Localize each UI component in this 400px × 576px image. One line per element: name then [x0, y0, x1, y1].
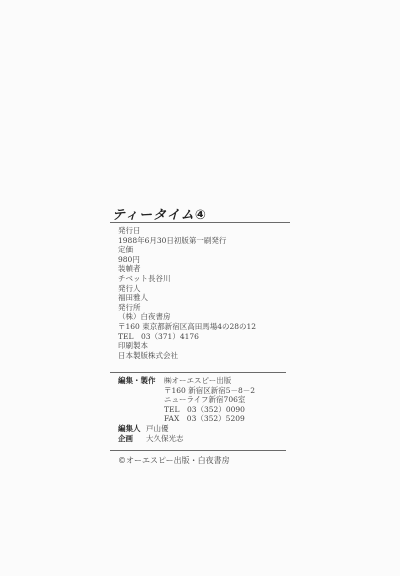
pub-line: 定価	[118, 245, 256, 255]
pub-line: 〒160 東京都新宿区高田馬場4の28の12	[118, 322, 256, 332]
planner-name: 大久保光志	[146, 434, 184, 444]
pub-line: 発行人	[118, 284, 256, 294]
pub-line: 980円	[118, 255, 256, 265]
pub-line: 装幀者	[118, 264, 256, 274]
production-line: 〒160 新宿区新宿5－8－2	[164, 386, 255, 396]
pub-line: 1988年6月30日初版第一刷発行	[118, 236, 256, 246]
production-line: ニューライフ新宿706室	[164, 395, 245, 405]
editor-name: 戸山優	[146, 424, 169, 434]
production-label: 編集・製作	[118, 376, 164, 386]
copyright: ©オーエスピー出版・白夜書房	[118, 455, 230, 466]
planner-label: 企画	[118, 434, 146, 444]
book-title: ティータイム④	[112, 204, 207, 223]
divider-top	[110, 222, 290, 223]
divider-middle	[110, 372, 286, 373]
pub-line: 福田雅人	[118, 293, 256, 303]
pub-line: チベット長谷川	[118, 274, 256, 284]
production-line: FAX 03（352）5209	[164, 414, 245, 424]
pub-line: TEL 03（371）4176	[118, 332, 256, 342]
pub-line: 日本製版株式会社	[118, 351, 256, 361]
production-line: ㈱オーエスピー出版	[164, 376, 231, 386]
divider-bottom	[110, 450, 286, 451]
pub-line: 印刷製本	[118, 341, 256, 351]
pub-line: 発行所	[118, 303, 256, 313]
publication-info: 発行日 1988年6月30日初版第一刷発行 定価 980円 装幀者 チベット長谷…	[118, 226, 256, 360]
editor-label: 編集人	[118, 424, 146, 434]
pub-line: （株）白夜書房	[118, 312, 256, 322]
production-line: TEL 03（352）0090	[164, 405, 245, 415]
pub-line: 発行日	[118, 226, 256, 236]
editorial-info: 編集・製作 ㈱オーエスピー出版 〒160 新宿区新宿5－8－2 ニューライフ新宿…	[118, 376, 255, 443]
